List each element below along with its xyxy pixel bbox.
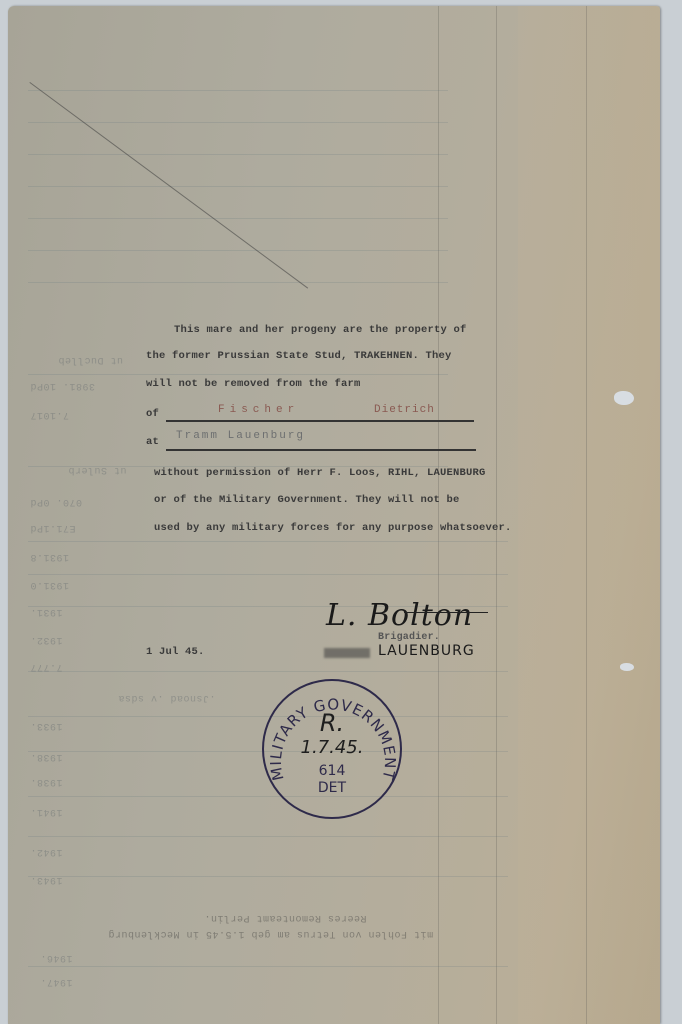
ruled-line [28,90,448,91]
of-underline [166,420,474,422]
of-given-name-value: Dietrich [374,404,435,416]
paper-edge-discoloration [518,6,660,1024]
of-surname-value: Fischer [218,404,299,416]
bleed-through-text: 1931.8 [30,551,69,562]
ruled-line [28,541,508,542]
ruled-line [28,282,448,283]
ruled-line [28,250,448,251]
notice-line-3: will not be removed from the farm [146,378,361,390]
bleed-through-text: ut Sulerb [68,464,127,475]
bleed-through-text: 1941. [30,806,63,817]
bleed-through-text: 7.777 [30,661,63,672]
bleed-through-text: 7.1017 [30,409,69,420]
bleed-through-text: 1931. [30,606,63,617]
paper-fold [438,6,439,1024]
ruled-line [28,574,508,575]
ruled-line [28,374,448,375]
notice-line-6: used by any military forces for any purp… [154,522,512,534]
bleed-through-text: E71.1Pd [30,522,76,533]
ruled-line [28,218,448,219]
signatory-location: LAUENBURG [378,643,475,659]
notice-line-1: This mare and her progeny are the proper… [174,324,467,336]
bleed-through-text: 1943. [30,874,63,885]
at-location-value: Tramm Lauenburg [176,430,305,442]
bleed-through-upside-down-line: mit Fohlen von Tetrus am geb 1.5.45 in M… [108,928,433,939]
military-government-stamp: MILITARY GOVERNMENT R. 1.7.45. 614 DET [262,679,402,819]
stamp-unit-number: 614 [264,763,400,779]
bleed-through-text: 1933. [30,720,63,731]
bleed-through-text: 1946. [40,952,73,963]
at-label: at [146,436,159,448]
bleed-through-text: 1938. [30,776,63,787]
document-page: ut Duclleb 3981. 10Pd 7.1017 ut Sulerb 0… [8,6,660,1024]
signatory-rank: Brigadier. [378,632,440,643]
punch-hole [614,391,634,405]
bleed-through-upside-down-line: Reeres Remonteamt Perlin. [204,912,367,923]
signature-underline [404,612,488,613]
notice-line-2: the former Prussian State Stud, TRAKEHNE… [146,350,452,362]
ruled-line [28,671,508,672]
bleed-through-text: 1942. [30,846,63,857]
bleed-through-text: 3981. 10Pd [30,380,95,391]
punch-hole [620,663,634,671]
ruled-line [28,876,508,877]
notice-line-4: without permission of Herr F. Loos, RIHL… [154,467,486,479]
notice-line-5: or of the Military Government. They will… [154,494,460,506]
bleed-through-text: 070. 0Pd [30,496,82,507]
bleed-through-text: 1947. [40,976,73,987]
stamp-date: 1.7.45. [264,737,400,758]
of-label: of [146,408,159,420]
ruled-line [28,966,508,967]
bleed-through-text: 1931.0 [30,579,69,590]
signature: L. Bolton [326,598,473,633]
bleed-through-text: 1938. [30,751,63,762]
bleed-through-text: .Jsnoad .v sdsa [118,692,216,703]
document-date: 1 Jul 45. [146,646,205,658]
struck-out-text [324,648,370,658]
ruled-line [28,122,448,123]
stamp-initial: R. [264,709,400,737]
ruled-line [28,836,508,837]
bleed-through-text: 1932. [30,634,63,645]
ruled-line [28,186,448,187]
paper-fold [586,6,587,1024]
ruled-line [28,154,448,155]
bleed-through-text: ut Duclleb [58,354,123,365]
stamp-unit: DET [264,780,400,796]
at-underline [166,449,476,451]
paper-fold [496,6,497,1024]
